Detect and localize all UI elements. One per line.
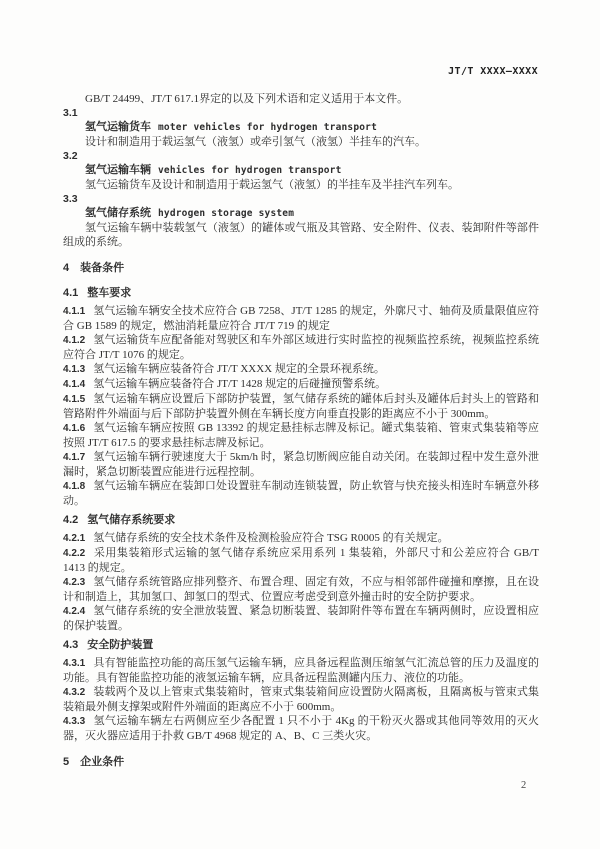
term-zh-label: 氢气储存系统 [85,207,151,219]
clause-number: 4.1.7 [63,452,93,463]
page-number: 2 [521,780,526,791]
clause-text: 氢气运输车辆应设置后下部防护装置，氢气储存系统的罐体后封头及罐体后封头上的管路和… [63,393,539,420]
terms-intro-paragraph: GB/T 24499、JT/T 617.1界定的以及下列术语和定义适用于本文件。 [63,92,539,106]
clause-4-1-1: 4.1.1氢气运输车辆安全技术应符合 GB 7258、JT/T 1285 的规定… [63,304,539,333]
clause-4-1-2: 4.1.2氢气运输货车应配备能对驾驶区和车外部区域进行实时监控的视频监控系统，视… [63,333,539,362]
clause-number: 4.2.2 [63,548,93,559]
clause-number: 4.3.1 [63,658,93,669]
clause-4-1-5: 4.1.5氢气运输车辆应设置后下部防护装置，氢气储存系统的罐体后封头及罐体后封头… [63,392,539,421]
document-code-header: JT/T XXXX—XXXX [448,66,538,77]
term-definition-3-2: 氢气运输货车及设计和制造用于载运氢气（液氢）的半挂车及半挂汽车列车。 [63,178,539,192]
term-number-3-1: 3.1 [63,106,539,120]
document-body: GB/T 24499、JT/T 617.1界定的以及下列术语和定义适用于本文件。… [63,92,539,780]
clause-text: 采用集装箱形式运输的氢气储存系统应采用系列 1 集装箱，外部尺寸和公差应符合 G… [63,547,539,574]
clause-4-1-8: 4.1.8氢气运输车辆应在装卸口处设置驻车制动连锁装置，防止软管与快充接头相连时… [63,479,539,508]
term-entry-3-1: 氢气运输货车moter vehicles for hydrogen transp… [63,120,539,135]
clause-4-2-3: 4.2.3氢气储存系统管路应排列整齐、布置合理、固定有效，不应与相邻部件碰撞和摩… [63,575,539,604]
section-title: 安全防护装置 [87,639,153,651]
clause-4-3-3: 4.3.3氢气运输车辆左右两侧应至少各配置 1 只不小于 4Kg 的干粉灭火器或… [63,714,539,743]
clause-number: 4.1.8 [63,481,93,492]
clause-4-1-7: 4.1.7氢气运输车辆行驶速度大于 5km/h 时，紧急切断阀应能自动关闭。在装… [63,450,539,479]
section-title: 氢气储存系统要求 [87,514,175,526]
chapter-heading-4: 4装备条件 [63,261,539,275]
section-number: 4.2 [63,514,78,526]
document-page: JT/T XXXX—XXXX GB/T 24499、JT/T 617.1界定的以… [0,0,600,849]
clause-text: 具有智能监控功能的高压氢气运输车辆，应具备远程监测压缩氢气汇流总管的压力及温度的… [63,657,539,684]
term-definition-3-3: 氢气运输车辆中装载氢气（液氢）的罐体或气瓶及其管路、安全附件、仪表、装卸附件等部… [63,221,539,249]
clause-text: 氢气运输车辆应按照 GB 13392 的规定悬挂标志牌及标记。罐式集装箱、管束式… [63,422,539,449]
term-zh-label: 氢气运输货车 [85,121,151,133]
chapter-heading-5: 5企业条件 [63,755,539,769]
clause-number: 4.2.3 [63,577,93,588]
term-zh-label: 氢气运输车辆 [85,164,151,176]
clause-text: 装载两个及以上管束式集装箱时，管束式集装箱间应设置防火隔离板，且隔离板与管束式集… [63,686,539,713]
clause-text: 氢气储存系统管路应排列整齐、布置合理、固定有效，不应与相邻部件碰撞和摩擦，且在设… [63,576,539,603]
term-entry-3-2: 氢气运输车辆vehicles for hydrogen transport [63,163,539,178]
clause-4-3-1: 4.3.1具有智能监控功能的高压氢气运输车辆，应具备远程监测压缩氢气汇流总管的压… [63,656,539,685]
clause-text: 氢气运输车辆左右两侧应至少各配置 1 只不小于 4Kg 的干粉灭火器或其他同等效… [63,715,539,742]
clause-number: 4.1.3 [63,364,93,375]
section-heading-4-2: 4.2氢气储存系统要求 [63,513,539,527]
clause-number: 4.1.1 [63,306,93,317]
section-title: 整车要求 [87,287,131,299]
term-number-3-2: 3.2 [63,149,539,163]
term-entry-3-3: 氢气储存系统hydrogen storage system [63,206,539,221]
term-en-label: hydrogen storage system [158,208,294,219]
section-heading-4-1: 4.1整车要求 [63,286,539,300]
clause-number: 4.3.3 [63,716,93,727]
clause-4-1-4: 4.1.4氢气运输车辆应装备符合 JT/T 1428 规定的后碰撞预警系统。 [63,377,539,392]
clause-text: 氢气运输货车应配备能对驾驶区和车外部区域进行实时监控的视频监控系统，视频监控系统… [63,334,539,361]
clause-number: 4.1.6 [63,423,93,434]
chapter-number: 4 [63,262,69,274]
clause-text: 氢气运输车辆应在装卸口处设置驻车制动连锁装置，防止软管与快充接头相连时车辆意外移… [63,480,539,507]
term-number-3-3: 3.3 [63,192,539,206]
clause-text: 氢气运输车辆应装备符合 JT/T XXXX 规定的全景环视系统。 [93,363,385,375]
clause-number: 4.3.2 [63,687,93,698]
chapter-title: 企业条件 [80,756,124,768]
term-en-label: vehicles for hydrogen transport [158,165,342,176]
clause-text: 氢气运输车辆行驶速度大于 5km/h 时，紧急切断阀应能自动关闭。在装卸过程中发… [63,451,539,478]
clause-4-2-4: 4.2.4氢气储存系统的安全泄放装置、紧急切断装置、装卸附件等布置在车辆两侧时，… [63,604,539,633]
clause-text: 氢气储存系统的安全泄放装置、紧急切断装置、装卸附件等布置在车辆两侧时，应设置相应… [63,605,539,632]
clause-4-1-6: 4.1.6氢气运输车辆应按照 GB 13392 的规定悬挂标志牌及标记。罐式集装… [63,421,539,450]
clause-number: 4.1.2 [63,335,93,346]
clause-text: 氢气储存系统的安全技术条件及检测检验应符合 TSG R0005 的有关规定。 [93,532,448,544]
clause-4-3-2: 4.3.2装载两个及以上管束式集装箱时，管束式集装箱间应设置防火隔离板，且隔离板… [63,685,539,714]
term-en-label: moter vehicles for hydrogen transport [158,122,377,133]
chapter-title: 装备条件 [80,262,124,274]
chapter-number: 5 [63,756,69,768]
section-number: 4.3 [63,639,78,651]
clause-4-2-1: 4.2.1氢气储存系统的安全技术条件及检测检验应符合 TSG R0005 的有关… [63,531,539,546]
clause-number: 4.1.5 [63,394,93,405]
clause-number: 4.2.1 [63,533,93,544]
section-heading-4-3: 4.3安全防护装置 [63,638,539,652]
term-definition-3-1: 设计和制造用于载运氢气（液氢）或牵引氢气（液氢）半挂车的汽车。 [63,135,539,149]
section-number: 4.1 [63,287,78,299]
clause-4-2-2: 4.2.2采用集装箱形式运输的氢气储存系统应采用系列 1 集装箱，外部尺寸和公差… [63,546,539,575]
clause-number: 4.2.4 [63,606,93,617]
clause-number: 4.1.4 [63,379,93,390]
clause-text: 氢气运输车辆应装备符合 JT/T 1428 规定的后碰撞预警系统。 [93,378,386,390]
clause-4-1-3: 4.1.3氢气运输车辆应装备符合 JT/T XXXX 规定的全景环视系统。 [63,362,539,377]
clause-text: 氢气运输车辆安全技术应符合 GB 7258、JT/T 1285 的规定，外廓尺寸… [63,305,539,332]
